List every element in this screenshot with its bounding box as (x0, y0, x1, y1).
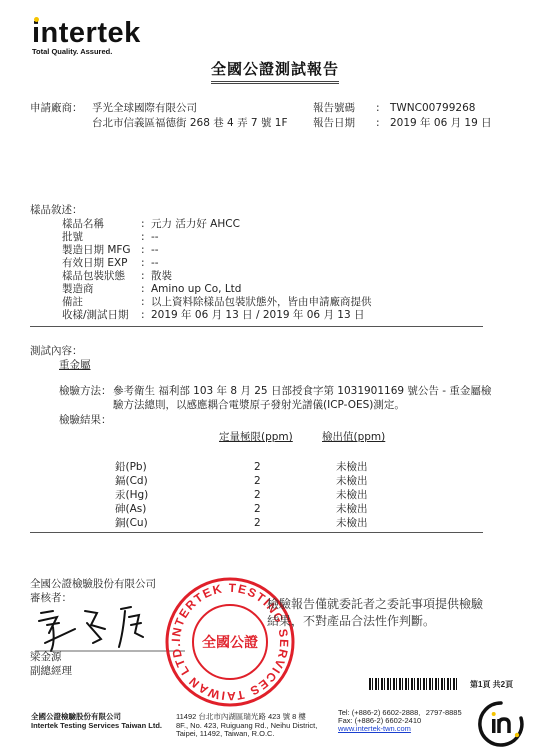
applicant-address: 台北市信義區福德街 268 巷 4 弄 7 號 1F (92, 116, 288, 131)
footer-company-en: Intertek Testing Services Taiwan Ltd. (31, 721, 162, 730)
report-date-label: 報告日期 (313, 116, 355, 131)
divider (30, 326, 483, 327)
intertek-logo: intertek Total Quality. Assured. (32, 18, 141, 56)
table-cell-limit: 2 (254, 474, 261, 489)
footer-address-zh: 11492 台北市內湖區瑞光路 423 號 8 樓 (176, 712, 306, 721)
table-cell-item: 銅(Cu) (115, 516, 148, 531)
page-info: 第1頁 共2頁 (470, 680, 513, 689)
test-heading: 測試內容： (30, 344, 83, 359)
table-cell-item: 鎘(Cd) (115, 474, 148, 489)
disclaimer-line-1: 檢驗報告僅就委託者之委託事項提供檢驗 (267, 596, 483, 613)
applicant-label: 申請廠商： (30, 101, 83, 116)
sample-field-colon: : (141, 308, 145, 323)
table-cell-result: 未檢出 (336, 488, 368, 503)
table-cell-limit: 2 (254, 460, 261, 475)
stamp-center-text: 全國公證 (202, 634, 258, 651)
report-date: 2019 年 06 月 19 日 (390, 116, 492, 131)
footer-company-zh: 全國公證檢驗股份有限公司 (31, 712, 121, 721)
table-cell-result: 未檢出 (336, 502, 368, 517)
report-number: TWNC00799268 (390, 101, 475, 116)
table-cell-item: 鉛(Pb) (115, 460, 147, 475)
results-label: 檢驗結果： (59, 413, 112, 428)
divider (30, 532, 483, 533)
signer-name: 梁金源 (30, 650, 62, 665)
table-cell-limit: 2 (254, 516, 261, 531)
report-number-label: 報告號碼 (313, 101, 355, 116)
report-title: 全國公證測試報告 (0, 58, 550, 84)
disclaimer-line-2: 結果，不對產品合法性作判斷。 (267, 613, 483, 630)
table-cell-limit: 2 (254, 488, 261, 503)
logo-dot-icon (34, 17, 39, 22)
table-cell-item: 砷(As) (115, 502, 146, 517)
footer-address-en-2: Taipei, 11492, Taiwan, R.O.C. (176, 729, 275, 738)
sample-field-label: 收樣/測試日期 (62, 308, 129, 323)
table-cell-limit: 2 (254, 502, 261, 517)
disclaimer: 檢驗報告僅就委託者之委託事項提供檢驗 結果，不對產品合法性作判斷。 (267, 596, 483, 630)
logo-text: intertek (32, 17, 141, 49)
method-line-1: 參考衛生 福利部 103 年 8 月 25 日部授食字第 1031901169 … (113, 384, 491, 399)
intertek-badge-icon (477, 700, 525, 748)
sample-field-value: 元力 活力好 AHCC (151, 217, 240, 232)
signoff-company: 全國公證檢驗股份有限公司 (30, 577, 156, 592)
column-header-limit: 定量極限(ppm) (219, 430, 293, 445)
sample-heading: 樣品敘述： (30, 203, 83, 218)
column-header-result: 檢出值(ppm) (322, 430, 385, 445)
report-number-colon: : (376, 101, 380, 116)
sample-field-value: 2019 年 06 月 13 日 / 2019 年 06 月 13 日 (151, 308, 364, 323)
applicant-name: 孚光全球國際有限公司 (92, 101, 197, 116)
signer-title: 副總經理 (30, 664, 72, 679)
report-date-colon: : (376, 116, 380, 131)
method-label: 檢驗方法： (59, 384, 112, 399)
test-category: 重金屬 (59, 358, 91, 373)
method-line-2: 驗方法總則，以感應耦合電漿原子發射光譜儀(ICP-OES)測定。 (113, 398, 405, 413)
table-cell-result: 未檢出 (336, 460, 368, 475)
barcode (369, 678, 459, 690)
footer-website-link[interactable]: www.intertek-twn.com (338, 724, 411, 733)
report-title-text: 全國公證測試報告 (211, 58, 339, 84)
table-cell-result: 未檢出 (336, 474, 368, 489)
table-cell-result: 未檢出 (336, 516, 368, 531)
table-cell-item: 汞(Hg) (115, 488, 148, 503)
